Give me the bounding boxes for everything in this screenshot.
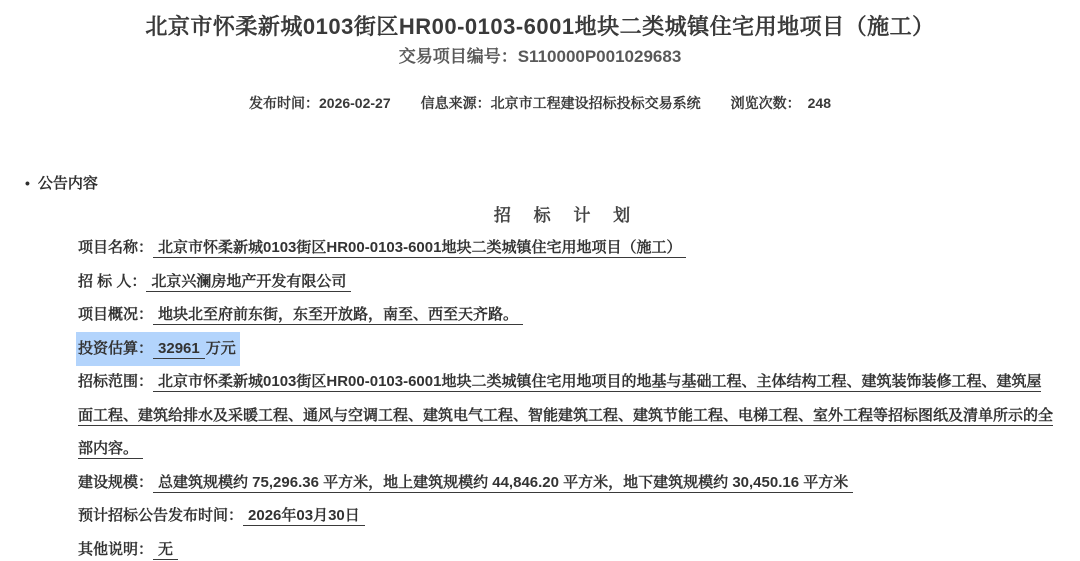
info-source-value: 北京市工程建设招标投标交易系统: [491, 95, 701, 111]
field-value: 2026年03月30日: [243, 507, 365, 526]
project-number: 交易项目编号：S110000P001029683: [0, 46, 1080, 68]
announcement-section-title: 公告内容: [38, 175, 98, 192]
field-row-tender-scope: 招标范围：北京市怀柔新城0103街区HR00-0103-6001地块二类城镇住宅…: [78, 365, 1056, 466]
field-label: 其他说明：: [78, 541, 153, 558]
publish-time-value: 2026-02-27: [319, 95, 391, 111]
field-value: 北京兴澜房地产开发有限公司: [146, 273, 351, 292]
view-count: 浏览次数：248: [731, 93, 831, 113]
field-label: 投资估算：: [78, 340, 153, 357]
field-value: 32961: [153, 340, 205, 359]
investment-highlight: 投资估算：32961万元: [76, 332, 240, 366]
field-value: 无: [153, 541, 178, 560]
info-source-label: 信息来源：: [421, 95, 491, 111]
view-count-label: 浏览次数：: [731, 95, 801, 111]
publish-time: 发布时间：2026-02-27: [249, 93, 391, 113]
field-row-investment-estimate: 投资估算：32961万元: [78, 332, 1056, 366]
field-row-expected-announce-date: 预计招标公告发布时间：2026年03月30日: [78, 499, 1056, 533]
field-label: 建设规模：: [78, 474, 153, 491]
info-source: 信息来源：北京市工程建设招标投标交易系统: [421, 93, 701, 113]
field-row-tenderee: 招 标 人：北京兴澜房地产开发有限公司: [78, 265, 1056, 299]
announcement-section-heading: •公告内容: [25, 173, 1080, 194]
field-row-other-notes: 其他说明：无: [78, 533, 1056, 561]
field-unit: 万元: [205, 340, 236, 357]
field-label: 招 标 人：: [78, 273, 146, 290]
field-value: 北京市怀柔新城0103街区HR00-0103-6001地块二类城镇住宅用地项目的…: [78, 373, 1053, 459]
document-title: 招 标 计 划: [78, 204, 1055, 228]
field-label: 预计招标公告发布时间：: [78, 507, 243, 524]
field-label: 项目名称：: [78, 239, 153, 256]
field-row-project-overview: 项目概况：地块北至府前东街，东至开放路，南至、西至天齐路。: [78, 298, 1056, 332]
meta-row: 发布时间：2026-02-27 信息来源：北京市工程建设招标投标交易系统 浏览次…: [0, 93, 1080, 113]
field-value: 地块北至府前东街，东至开放路，南至、西至天齐路。: [153, 306, 523, 325]
field-value: 北京市怀柔新城0103街区HR00-0103-6001地块二类城镇住宅用地项目（…: [153, 239, 686, 258]
field-row-project-name: 项目名称：北京市怀柔新城0103街区HR00-0103-6001地块二类城镇住宅…: [78, 231, 1056, 265]
publish-time-label: 发布时间：: [249, 95, 319, 111]
field-label: 项目概况：: [78, 306, 153, 323]
page-header: 北京市怀柔新城0103街区HR00-0103-6001地块二类城镇住宅用地项目（…: [0, 0, 1080, 113]
field-label: 招标范围：: [78, 373, 153, 390]
view-count-value: 248: [808, 95, 831, 111]
page-title: 北京市怀柔新城0103街区HR00-0103-6001地块二类城镇住宅用地项目（…: [0, 13, 1080, 41]
field-value: 总建筑规模约 75,296.36 平方米，地上建筑规模约 44,846.20 平…: [153, 474, 853, 493]
bullet-icon: •: [25, 175, 30, 191]
announcement-body: 项目名称：北京市怀柔新城0103街区HR00-0103-6001地块二类城镇住宅…: [78, 231, 1056, 561]
field-row-construction-scale: 建设规模：总建筑规模约 75,296.36 平方米，地上建筑规模约 44,846…: [78, 466, 1056, 500]
